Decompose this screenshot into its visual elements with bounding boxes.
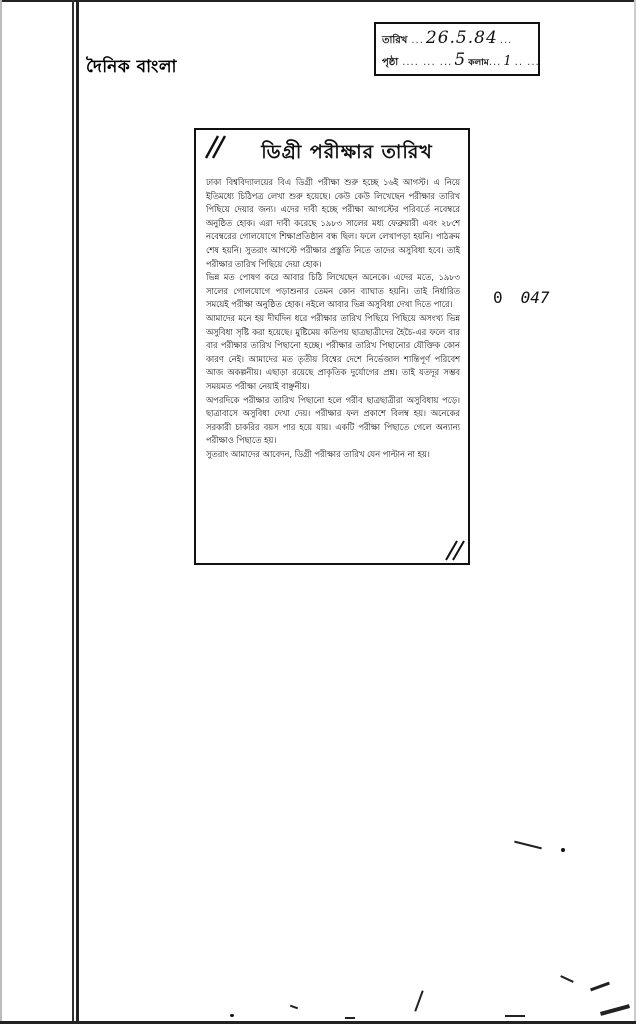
newspaper-name: দৈনিক বাংলা (86, 54, 177, 82)
stamp-page-row: পৃষ্ঠা .... ... ... 5 কলাম ... 1 .. ... (382, 50, 532, 72)
scan-smudge (290, 1005, 298, 1010)
article-paragraph: আমাদের মনে হয় দীর্ঘদিন ধরে পরীক্ষার তার… (206, 312, 460, 394)
scan-smudge (600, 1004, 630, 1016)
double-slash-icon (444, 539, 466, 561)
archive-code: 0047 (493, 288, 550, 307)
date-page-stamp: তারিখ ... 26.5.84 ... পৃষ্ঠা .... ... ..… (374, 22, 540, 76)
margin-rule (72, 0, 74, 1024)
stamp-page-label: পৃষ্ঠা (382, 55, 398, 72)
archive-code-number: 047 (521, 288, 550, 307)
article-paragraph: ঢাকা বিশ্ববিদ্যালয়ের বিএ ডিগ্রী পরীক্ষা… (206, 176, 460, 271)
scan-top-edge (0, 0, 636, 2)
margin-rule (76, 0, 79, 1024)
article-paragraph: ভিন্ন মত পোষণ করে আবার চিঠি লিখেছেন অনেক… (206, 271, 460, 312)
article-clipping: ডিগ্রী পরীক্ষার তারিখ ঢাকা বিশ্ববিদ্যালয… (194, 128, 470, 565)
scan-left-edge (0, 0, 2, 1024)
scan-speck (561, 848, 565, 852)
stamp-date-label: তারিখ (382, 33, 407, 50)
stamp-page-value: 5 (454, 50, 466, 70)
scan-smudge (505, 1015, 525, 1017)
stamp-column-label: কলাম (468, 55, 489, 70)
scan-smudge (514, 841, 542, 850)
scan-smudge (414, 990, 423, 1011)
stamp-column-value: 1 (503, 54, 512, 69)
scan-smudge (560, 975, 574, 983)
article-paragraph: সুতরাং আমাদের আবেদন, ডিগ্রী পরীক্ষার তার… (206, 448, 460, 462)
stamp-date-value: 26.5.84 (426, 28, 498, 48)
scan-speck (120, 60, 122, 62)
scan-speck (230, 1014, 234, 1017)
scan-smudge (590, 982, 610, 992)
stamp-date-row: তারিখ ... 26.5.84 ... (382, 28, 532, 50)
article-paragraph: অপরদিকে পরীক্ষার তারিখ পিছানো হলে গরীব ছ… (206, 394, 460, 448)
archive-code-prefix: 0 (493, 288, 503, 307)
article-headline: ডিগ্রী পরীক্ষার তারিখ (234, 138, 460, 170)
scan-smudge (345, 1017, 355, 1019)
double-slash-icon (204, 134, 228, 160)
